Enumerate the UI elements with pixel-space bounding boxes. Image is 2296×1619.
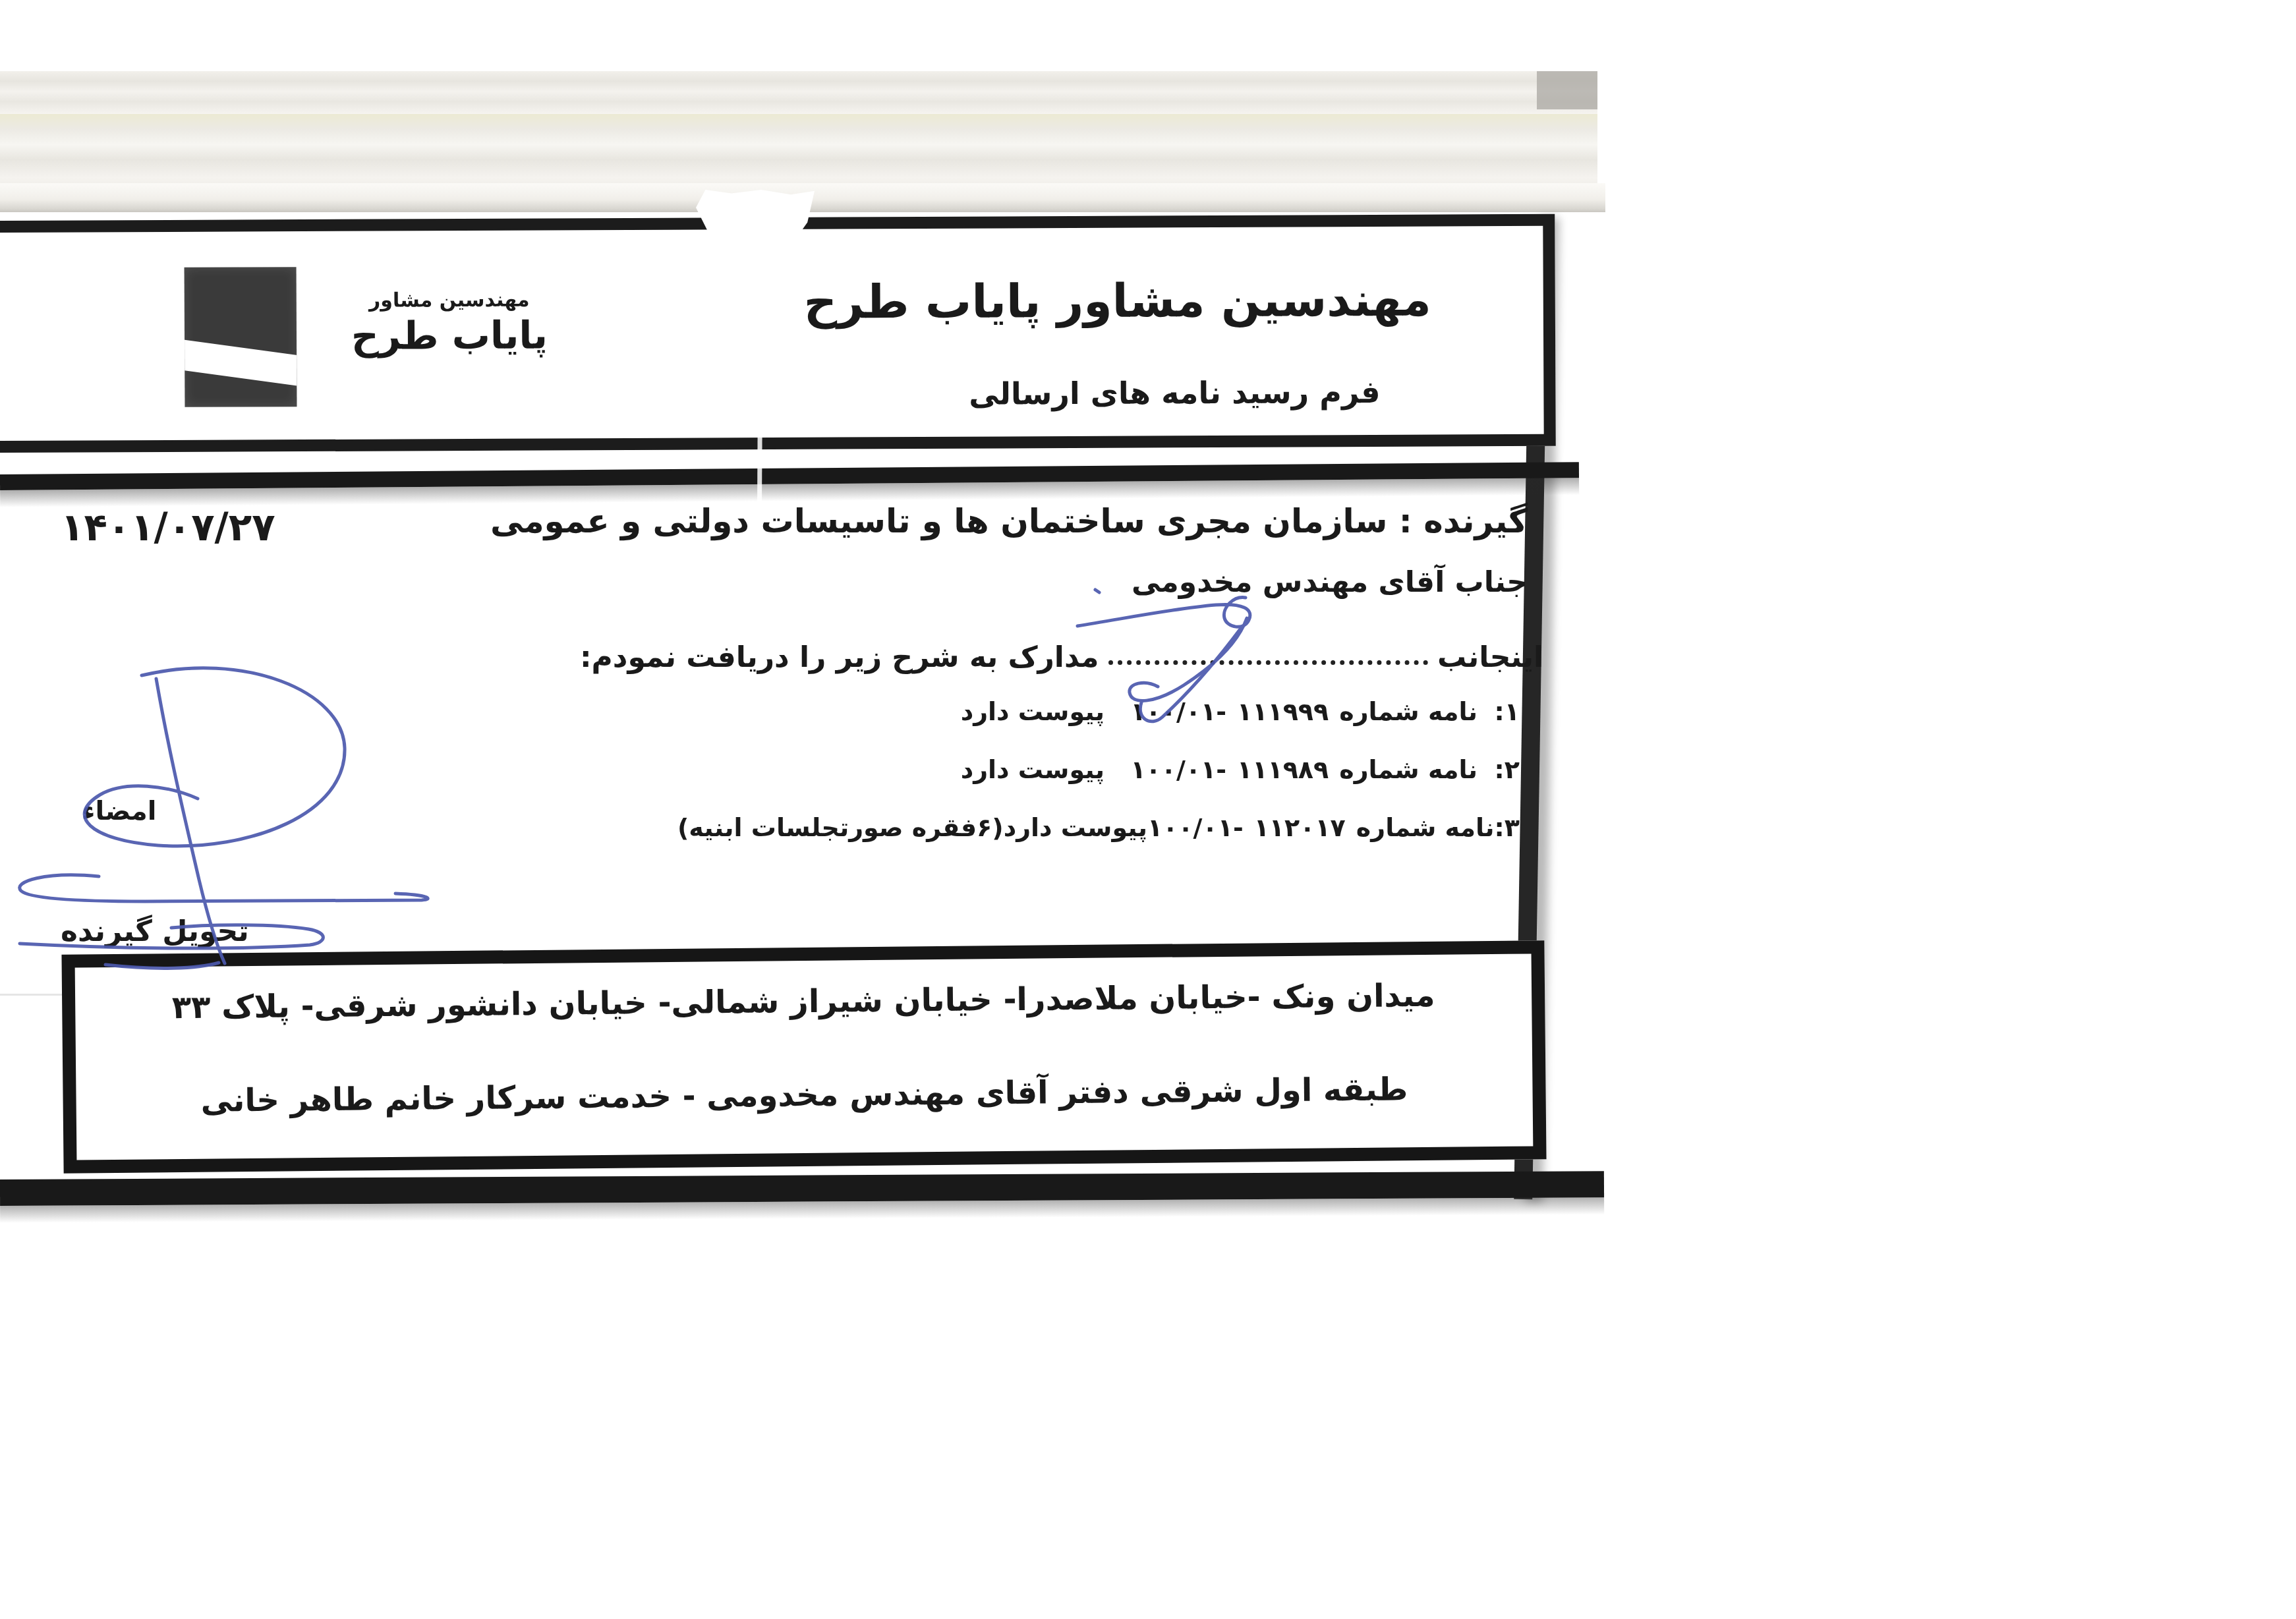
horizontal-rule	[0, 462, 1579, 490]
item-attachment-note: پیوست دارد	[696, 755, 1105, 784]
item-attachment-note: پیوست دارد(۶فقره صورتجلسات ابنیه)	[671, 813, 1147, 842]
logo-wordmark-big: پایاب طرح	[337, 312, 561, 358]
address-line-1: میدان ونک -خیابان ملاصدرا- خیابان شیراز …	[75, 976, 1532, 1027]
item-letter-number: ۱۱۱۹۹۹	[1237, 697, 1329, 726]
item-letter-info: نامه شماره ۱۱۱۹۹۹ -۱۰۰/۰۱	[1105, 697, 1478, 726]
letter-item-row: ۳: نامه شماره ۱۱۲۰۱۷ -۱۰۰/۰۱ پیوست دارد(…	[696, 813, 1520, 871]
item-letter-ref: -۱۰۰/۰۱	[1130, 755, 1226, 784]
receipt-statement-post: مدارک به شرح زیر را دریافت نمودم:	[580, 640, 1099, 674]
receipt-statement-pre: اینجانب	[1437, 640, 1543, 674]
form-subtitle: فرم رسید نامه های ارسالی	[917, 374, 1431, 412]
item-letter-number: ۱۱۲۰۱۷	[1254, 813, 1346, 842]
item-index: ۲:	[1478, 755, 1520, 784]
form-header-box: مهندسین مشاور پایاب طرح مهندسین مشاور پا…	[0, 214, 1556, 453]
address-line-2: طبقه اول شرقی دفتر آقای مهندس مخدومی - خ…	[76, 1069, 1532, 1120]
recipient-organization: گیرنده : سازمان مجری ساختمان ها و تاسیسا…	[560, 502, 1528, 540]
scan-edge-shadow	[1537, 71, 1597, 109]
scanned-document: مهندسین مشاور پایاب طرح مهندسین مشاور پا…	[0, 0, 2296, 1619]
item-index: ۱:	[1478, 697, 1520, 726]
address-box: میدان ونک -خیابان ملاصدرا- خیابان شیراز …	[61, 940, 1546, 1174]
letter-items-list: ۱: نامه شماره ۱۱۱۹۹۹ -۱۰۰/۰۱ پیوست دارد …	[696, 697, 1520, 871]
receiver-label: تحویل گیرنده	[61, 915, 249, 948]
form-title: مهندسین مشاور پایاب طرح	[917, 273, 1431, 329]
item-letter-number: ۱۱۱۹۸۹	[1237, 755, 1329, 784]
recipient-person: جناب آقای مهندس مخدومی	[560, 565, 1528, 599]
logo-wordmark: مهندسین مشاور پایاب طرح	[337, 288, 561, 358]
scan-bottom-edge	[0, 1171, 1604, 1206]
letter-item-row: ۲: نامه شماره ۱۱۱۹۸۹ -۱۰۰/۰۱ پیوست دارد	[696, 755, 1520, 813]
date-value: ۱۴۰۱/۰۷/۲۷	[61, 505, 275, 550]
item-letter-ref: -۱۰۰/۰۱	[1130, 697, 1226, 726]
receipt-statement: اینجانب مدارک به شرح زیر را دریافت نمودم…	[580, 640, 1543, 674]
company-logo	[185, 267, 297, 407]
logo-wordmark-small: مهندسین مشاور	[337, 288, 561, 312]
scan-paper-edge-band	[0, 71, 1597, 198]
item-attachment-note: پیوست دارد	[696, 697, 1105, 726]
item-letter-info: نامه شماره ۱۱۱۹۸۹ -۱۰۰/۰۱	[1105, 755, 1478, 784]
item-letter-ref: -۱۰۰/۰۱	[1147, 813, 1244, 842]
item-letter-label: نامه شماره	[1339, 755, 1478, 784]
item-letter-label: نامه شماره	[1339, 697, 1478, 726]
logo-stripe	[185, 339, 297, 388]
signature-label: امضاء	[82, 796, 156, 826]
item-letter-info: نامه شماره ۱۱۲۰۱۷ -۱۰۰/۰۱	[1147, 813, 1495, 842]
dotted-blank-line	[1108, 660, 1428, 665]
item-letter-label: نامه شماره	[1356, 813, 1495, 842]
letter-item-row: ۱: نامه شماره ۱۱۱۹۹۹ -۱۰۰/۰۱ پیوست دارد	[696, 697, 1520, 755]
item-index: ۳:	[1495, 813, 1520, 842]
